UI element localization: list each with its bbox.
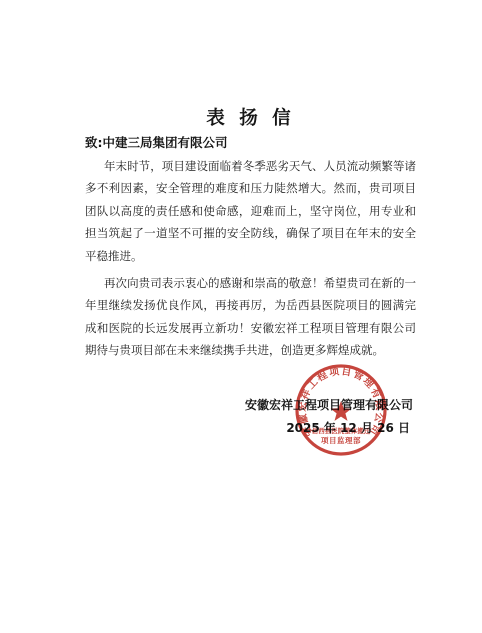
company-stamp: 安徽宏祥工程项目管理有限公司 岳西县医院整体搬迁 项目监理部	[291, 360, 391, 460]
stamp-department-text: 项目监理部	[321, 435, 361, 445]
salutation: 致:中建三局集团有限公司	[85, 133, 228, 151]
paragraph-2: 再次向贵司表示衷心的感谢和崇高的敬意！希望贵司在新的一年里继续发扬优良作风，再接…	[85, 272, 416, 362]
letter-page: 表 扬 信 致:中建三局集团有限公司 年末时节，项目建设面临着冬季恶劣天气、人员…	[0, 0, 482, 633]
letter-body: 年末时节，项目建设面临着冬季恶劣天气、人员流动频繁等诸多不利因素，安全管理的难度…	[85, 155, 416, 362]
paragraph-1: 年末时节，项目建设面临着冬季恶劣天气、人员流动频繁等诸多不利因素，安全管理的难度…	[85, 155, 416, 267]
letter-title: 表 扬 信	[85, 104, 416, 130]
stamp-star-icon	[331, 401, 352, 421]
stamp-project-text: 岳西县医院整体搬迁	[312, 426, 371, 435]
